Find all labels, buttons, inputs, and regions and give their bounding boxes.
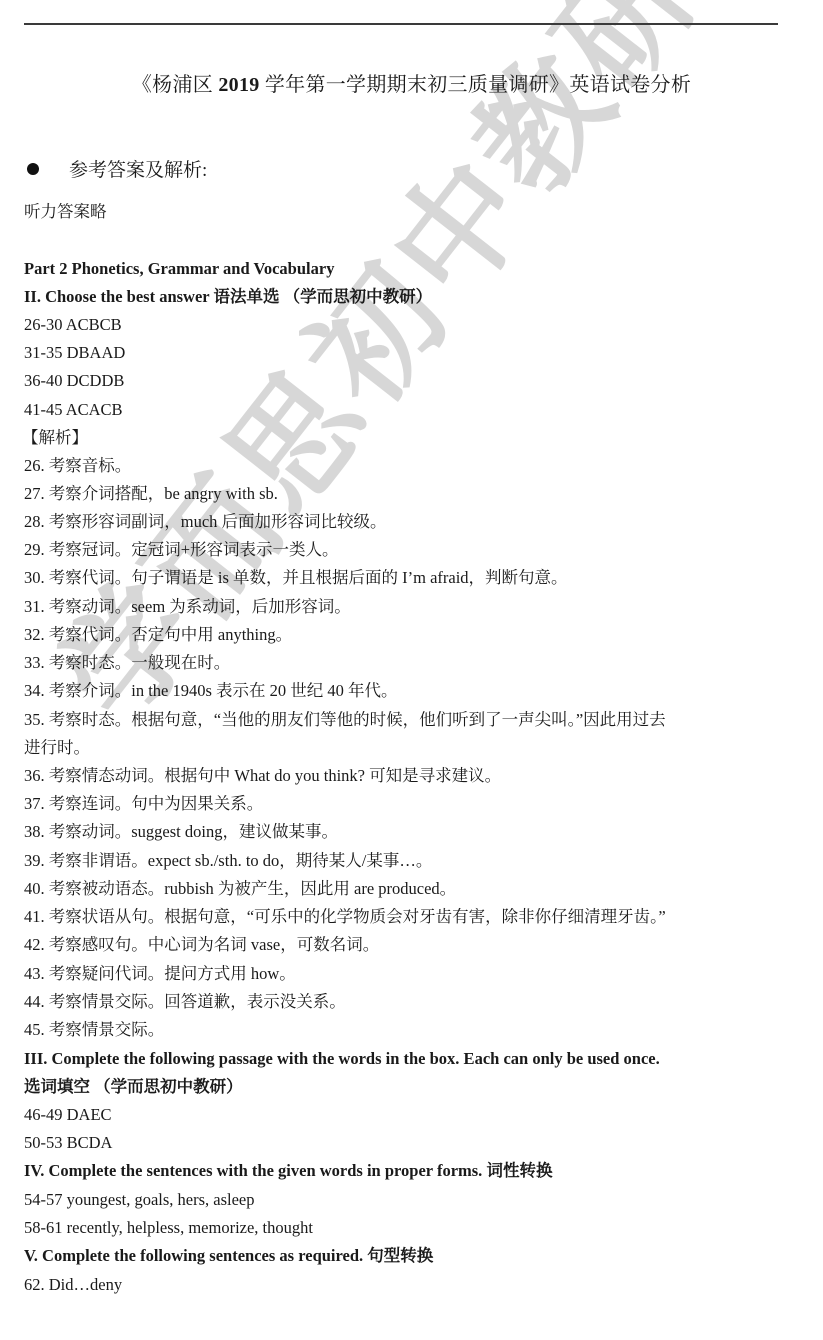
explanation-line: 45. 考察情景交际。 <box>24 1019 164 1041</box>
section5-heading: V. Complete the following sentences as r… <box>24 1245 433 1267</box>
title-prefix: 《杨浦区 <box>132 74 219 96</box>
section-heading-text: 参考答案及解析: <box>69 155 207 182</box>
answer-line: 41-45 ACACB <box>24 399 123 421</box>
explanation-line: 43. 考察疑问代词。提问方式用 how。 <box>24 963 296 985</box>
section4-heading-cn: 词性转换 <box>482 1161 552 1180</box>
section-heading: 参考答案及解析: <box>24 155 207 182</box>
explanation-line: 39. 考察非谓语。expect sb./sth. to do，期待某人/某事…… <box>24 850 432 872</box>
explanation-line: 42. 考察感叹句。中心词为名词 vase，可数名词。 <box>24 934 379 956</box>
explanation-line: 36. 考察情态动词。根据句中 What do you think? 可知是寻求… <box>24 765 501 787</box>
explanation-line: 27. 考察介词搭配，be angry with sb. <box>24 483 278 505</box>
explanation-line: 32. 考察代词。否定句中用 anything。 <box>24 624 292 646</box>
listening-note: 听力答案略 <box>24 201 107 223</box>
answer-line: 62. Did…deny <box>24 1274 122 1296</box>
answer-line: 50-53 BCDA <box>24 1132 112 1154</box>
section2-heading: II. Choose the best answer 语法单选 （学而思初中教研… <box>24 286 432 308</box>
explanation-line: 38. 考察动词。suggest doing，建议做某事。 <box>24 821 338 843</box>
answer-line: 26-30 ACBCB <box>24 314 122 336</box>
page-title: 《杨浦区 2019 学年第一学期期末初三质量调研》英语试卷分析 <box>0 68 823 97</box>
explanation-line: 33. 考察时态。一般现在时。 <box>24 652 230 674</box>
explanation-line: 41. 考察状语从句。根据句意，“可乐中的化学物质会对牙齿有害，除非你仔细清理牙… <box>24 906 666 928</box>
explanation-line: 26. 考察音标。 <box>24 455 131 477</box>
explanation-line: 29. 考察冠词。定冠词+形容词表示一类人。 <box>24 539 339 561</box>
section5-heading-cn: 句型转换 <box>363 1246 433 1265</box>
explanation-line: 31. 考察动词。seem 为系动词，后加形容词。 <box>24 596 351 618</box>
section2-heading-en: II. Choose the best answer <box>24 287 209 306</box>
header-rule <box>24 23 778 25</box>
explanation-line: 35. 考察时态。根据句意，“当他的朋友们等他的时候，他们听到了一声尖叫。”因此… <box>24 709 666 731</box>
answer-line: 46-49 DAEC <box>24 1104 112 1126</box>
title-suffix: 学年第一学期期末初三质量调研》英语试卷分析 <box>260 74 692 96</box>
explanation-line: 30. 考察代词。句子谓语是 is 单数，并且根据后面的 I’m afraid，… <box>24 567 568 589</box>
section4-heading: IV. Complete the sentences with the give… <box>24 1160 552 1182</box>
section2-heading-cn: 语法单选 （学而思初中教研） <box>209 287 432 306</box>
answer-line: 58-61 recently, helpless, memorize, thou… <box>24 1217 313 1239</box>
section5-heading-en: V. Complete the following sentences as r… <box>24 1246 363 1265</box>
answer-line: 36-40 DCDDB <box>24 370 124 392</box>
answer-line: 54-57 youngest, goals, hers, asleep <box>24 1189 255 1211</box>
title-year: 2019 <box>218 74 259 96</box>
explanation-line: 进行时。 <box>24 737 90 759</box>
explanation-line: 28. 考察形容词副词，much 后面加形容词比较级。 <box>24 511 387 533</box>
document-page: 《杨浦区 2019 学年第一学期期末初三质量调研》英语试卷分析 参考答案及解析:… <box>0 0 823 1340</box>
analysis-label: 【解析】 <box>22 427 88 449</box>
explanation-line: 37. 考察连词。句中为因果关系。 <box>24 793 263 815</box>
answer-line: 31-35 DBAAD <box>24 342 125 364</box>
explanation-line: 44. 考察情景交际。回答道歉，表示没关系。 <box>24 991 346 1013</box>
section4-heading-en: IV. Complete the sentences with the give… <box>24 1161 482 1180</box>
part2-heading: Part 2 Phonetics, Grammar and Vocabulary <box>24 258 334 280</box>
section3-heading-en: III. Complete the following passage with… <box>24 1048 660 1070</box>
section3-heading-cn: 选词填空 （学而思初中教研） <box>24 1076 243 1098</box>
explanation-line: 34. 考察介词。in the 1940s 表示在 20 世纪 40 年代。 <box>24 680 398 702</box>
bullet-icon <box>27 163 39 175</box>
explanation-line: 40. 考察被动语态。rubbish 为被产生，因此用 are produced… <box>24 878 456 900</box>
